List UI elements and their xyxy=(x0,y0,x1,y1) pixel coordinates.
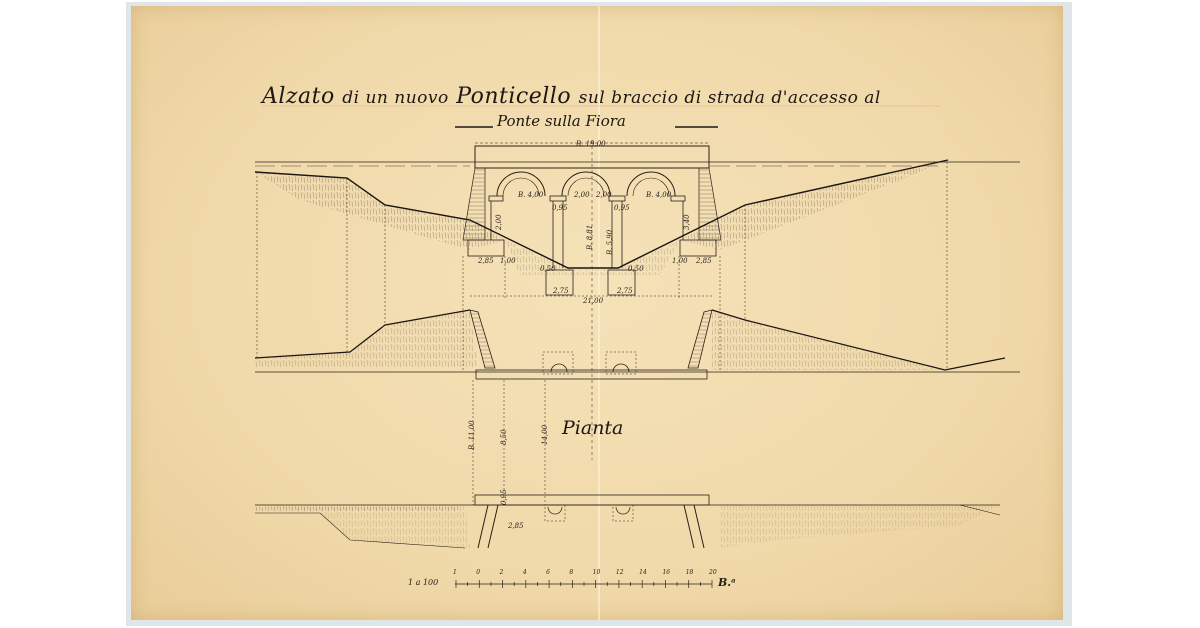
pier-footing-left-label: 2,75 xyxy=(553,287,569,295)
scale-tick-label: 6 xyxy=(546,569,550,576)
overall-width-label: B. 19,00 xyxy=(576,140,606,148)
center-span-right-label: 2,00 xyxy=(596,191,612,199)
scale-tick-label: 10 xyxy=(593,569,601,576)
title-phrase-1: di un nuovo xyxy=(342,88,449,108)
plan-title: Pianta xyxy=(562,417,623,439)
scale-tick-label: 20 xyxy=(709,569,717,576)
scale-tick-label: 12 xyxy=(616,569,624,576)
drawing-subtitle: Ponte sulla Fiora xyxy=(497,112,626,130)
scale-unit-label: B.ᵃ xyxy=(718,576,736,589)
foundation-width-label: 21,00 xyxy=(583,297,603,305)
scale-tick-label: 18 xyxy=(686,569,694,576)
footing-right-b-label: 2,85 xyxy=(696,257,712,265)
plan-dim-2-label: 8,50 xyxy=(500,429,508,445)
pier-base-right-label: 0,50 xyxy=(628,265,644,273)
title-word-ponticello: Ponticello xyxy=(456,84,571,109)
scale-tick-label: 8 xyxy=(569,569,573,576)
scale-tick-label: 16 xyxy=(662,569,670,576)
abutment-left-height-label: 2,00 xyxy=(495,214,503,230)
footing-right-a-label: 1,00 xyxy=(672,257,688,265)
title-phrase-2: sul braccio di strada d'accesso al xyxy=(579,88,881,108)
plan-wing-label-1: 0,95 xyxy=(500,489,508,505)
arch-span-left-label: B. 4,00 xyxy=(518,191,543,199)
drawing-title: Alzato di un nuovo Ponticello sul bracci… xyxy=(262,84,881,109)
plan-wing-label-2: 2,85 xyxy=(508,522,524,530)
plan-dim-1-label: B. 11,00 xyxy=(468,420,476,450)
footing-left-b-label: 1,00 xyxy=(500,257,516,265)
scale-ratio-label: 1 a 100 xyxy=(408,578,438,587)
center-height-label: B. 8,81 xyxy=(586,225,594,250)
scale-tick-label: 4 xyxy=(523,569,527,576)
scale-bar xyxy=(455,580,712,588)
plan-view xyxy=(255,380,1000,548)
title-word-alzato: Alzato xyxy=(262,84,335,109)
pier-base-left-label: 0,50 xyxy=(540,265,556,273)
arch-span-right-label: B. 4,00 xyxy=(646,191,671,199)
pier-height-label: B. 5,90 xyxy=(606,230,614,255)
center-span-left-label: 2,00 xyxy=(574,191,590,199)
elevation-view xyxy=(255,140,1020,460)
scale-tick-label: 14 xyxy=(639,569,647,576)
scale-tick-label: 2 xyxy=(500,569,504,576)
scale-tick-label: 1 xyxy=(453,569,457,576)
scale-tick-label: 0 xyxy=(476,569,480,576)
abutment-right-height-label: 3,40 xyxy=(683,214,691,230)
footing-left-a-label: 2,85 xyxy=(478,257,494,265)
plan-dim-3-label: 14,00 xyxy=(541,425,549,445)
pier-width-left-label: 0,95 xyxy=(552,204,568,212)
pier-width-right-label: 0,95 xyxy=(614,204,630,212)
pier-footing-right-label: 2,75 xyxy=(617,287,633,295)
